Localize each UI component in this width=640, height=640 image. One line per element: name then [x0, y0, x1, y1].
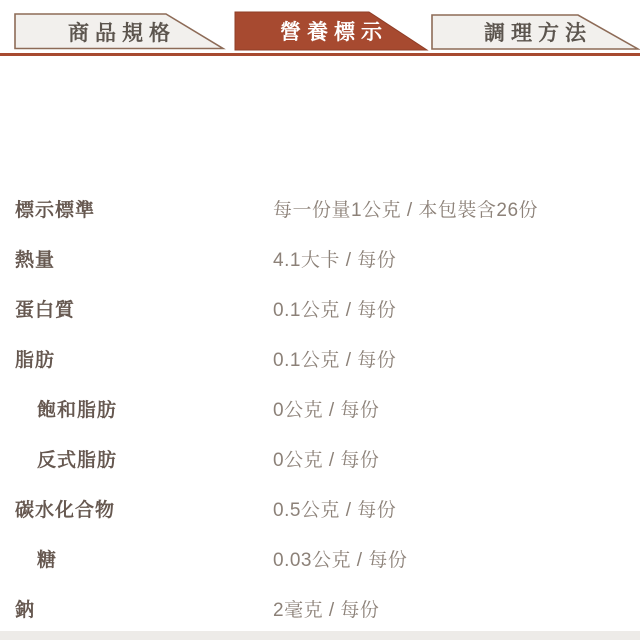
- tab-product-specs[interactable]: 商品規格: [15, 14, 223, 49]
- nutrition-row-protein: 蛋白質 0.1公克 / 每份: [0, 283, 640, 333]
- tab-nutrition-label: 營養標示: [274, 16, 388, 46]
- nutrition-label: 鈉: [15, 595, 273, 622]
- nutrition-label: 碳水化合物: [15, 495, 273, 522]
- bottom-divider: [0, 631, 640, 640]
- tab-cooking-method-label: 調理方法: [478, 17, 592, 47]
- tab-nutrition[interactable]: 營養標示: [235, 12, 427, 50]
- nutrition-value: 4.1大卡 / 每份: [273, 245, 396, 272]
- nutrition-value: 0.03公克 / 每份: [273, 545, 407, 572]
- nutrition-label: 蛋白質: [15, 295, 273, 322]
- nutrition-value: 0.1公克 / 每份: [273, 345, 396, 372]
- nutrition-label: 飽和脂肪: [15, 395, 273, 422]
- nutrition-value: 2毫克 / 每份: [273, 595, 379, 622]
- nutrition-value: 0公克 / 每份: [273, 395, 379, 422]
- nutrition-row-saturated-fat: 飽和脂肪 0公克 / 每份: [0, 383, 640, 433]
- nutrition-value: 0.5公克 / 每份: [273, 495, 396, 522]
- nutrition-label: 熱量: [15, 245, 273, 272]
- nutrition-row-sodium: 鈉 2毫克 / 每份: [0, 583, 640, 633]
- nutrition-value: 0公克 / 每份: [273, 445, 379, 472]
- nutrition-label: 糖: [15, 545, 273, 572]
- nutrition-row-sugar: 糖 0.03公克 / 每份: [0, 533, 640, 583]
- nutrition-label: 反式脂肪: [15, 445, 273, 472]
- nutrition-label: 標示標準: [15, 195, 273, 222]
- nutrition-value: 每一份量1公克 / 本包裝含26份: [273, 195, 538, 222]
- nutrition-row-calories: 熱量 4.1大卡 / 每份: [0, 233, 640, 283]
- tab-bar: 商品規格 營養標示 調理方法: [0, 0, 640, 60]
- nutrition-row-fat: 脂肪 0.1公克 / 每份: [0, 333, 640, 383]
- tab-product-specs-label: 商品規格: [62, 17, 176, 47]
- nutrition-row-carbohydrate: 碳水化合物 0.5公克 / 每份: [0, 483, 640, 533]
- nutrition-label: 脂肪: [15, 345, 273, 372]
- nutrition-row-trans-fat: 反式脂肪 0公克 / 每份: [0, 433, 640, 483]
- tab-cooking-method[interactable]: 調理方法: [432, 15, 638, 49]
- tab-underline: [0, 53, 640, 56]
- nutrition-value: 0.1公克 / 每份: [273, 295, 396, 322]
- nutrition-table: 標示標準 每一份量1公克 / 本包裝含26份 熱量 4.1大卡 / 每份 蛋白質…: [0, 183, 640, 633]
- nutrition-row-standard: 標示標準 每一份量1公克 / 本包裝含26份: [0, 183, 640, 233]
